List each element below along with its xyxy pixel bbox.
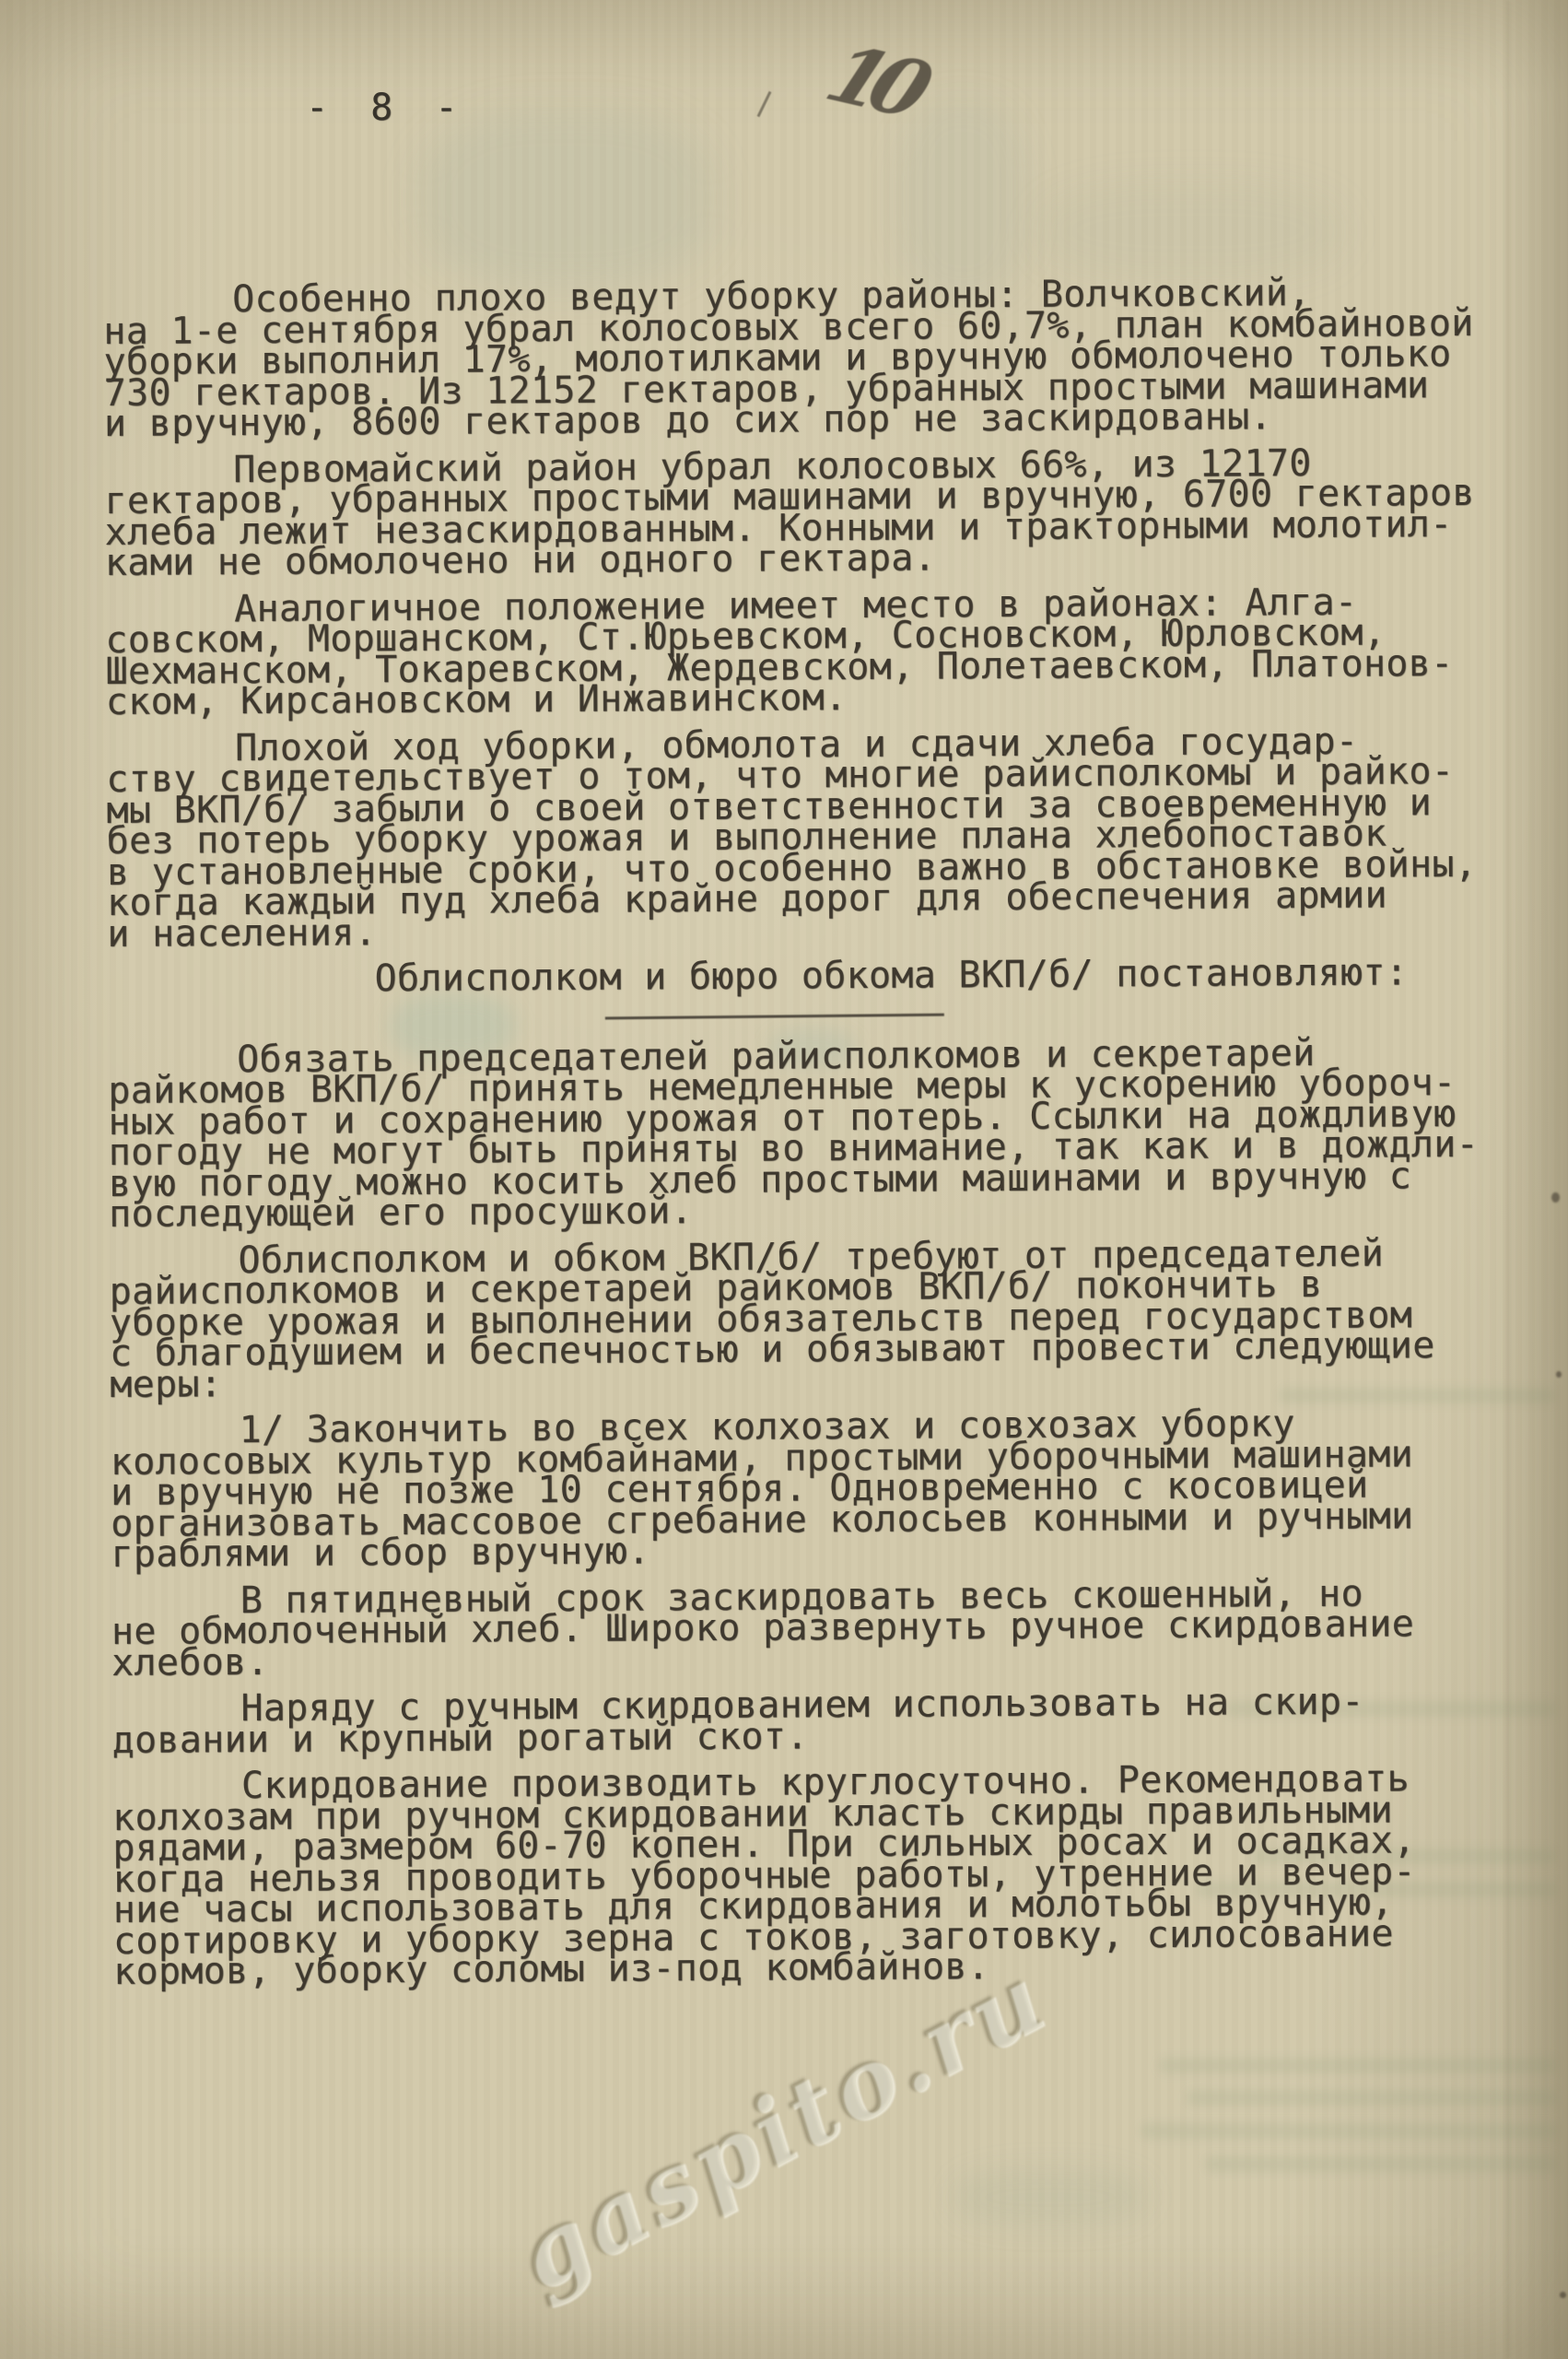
ink-bleed-stain	[419, 109, 714, 288]
intro-paragraph: Плохой ход уборки, обмолота и сдачи хлеб…	[106, 725, 1562, 950]
resolution-paragraph: Облисполком и обком ВКП/б/ требуют от пр…	[109, 1238, 1565, 1401]
resolution-heading: Облисполком и бюро обкома ВКП/б/ постано…	[108, 957, 1563, 996]
ink-bleed-stain	[1039, 182, 1343, 279]
pencil-tick-mark	[757, 91, 772, 117]
document-body: Особенно плохо ведут уборку районы: Волч…	[103, 276, 1568, 2003]
verso-text-bleed	[1141, 2123, 1557, 2139]
intro-paragraph: Особенно плохо ведут уборку районы: Волч…	[103, 276, 1560, 440]
ink-bleed-stain	[954, 2167, 1147, 2227]
verso-text-bleed	[1187, 2090, 1557, 2106]
verso-text-bleed	[1205, 2156, 1557, 2172]
resolution-paragraph: Обязать председателей райисполкомов и се…	[108, 1037, 1564, 1231]
handwritten-sheet-number: 10	[813, 29, 932, 135]
resolution-paragraph: В пятидневный срок заскирдовать весь ско…	[111, 1578, 1568, 1679]
ink-bleed-stain	[898, 100, 1027, 298]
intro-paragraph: Аналогичное положение имеет место в райо…	[105, 586, 1562, 719]
archive-watermark: gaspito.ru	[499, 1947, 1056, 2313]
intro-paragraph: Первомайский район убрал колосовых 66%, …	[104, 447, 1561, 580]
page-number: - 8 -	[306, 87, 467, 129]
resolution-paragraph: Наряду с ручным скирдованием использоват…	[111, 1685, 1567, 1756]
verso-text-bleed	[1159, 2058, 1557, 2073]
resolution-paragraph: Скирдование производить круглосуточно. Р…	[112, 1763, 1568, 1988]
scanned-document-page: - 8 - 10 Особенно плохо ведут уборку рай…	[0, 0, 1568, 2359]
resolution-paragraph: 1/ Закончить во всех колхозах и совхозах…	[110, 1407, 1566, 1570]
paper-speck	[1560, 2292, 1566, 2298]
heading-underline	[605, 1013, 944, 1019]
